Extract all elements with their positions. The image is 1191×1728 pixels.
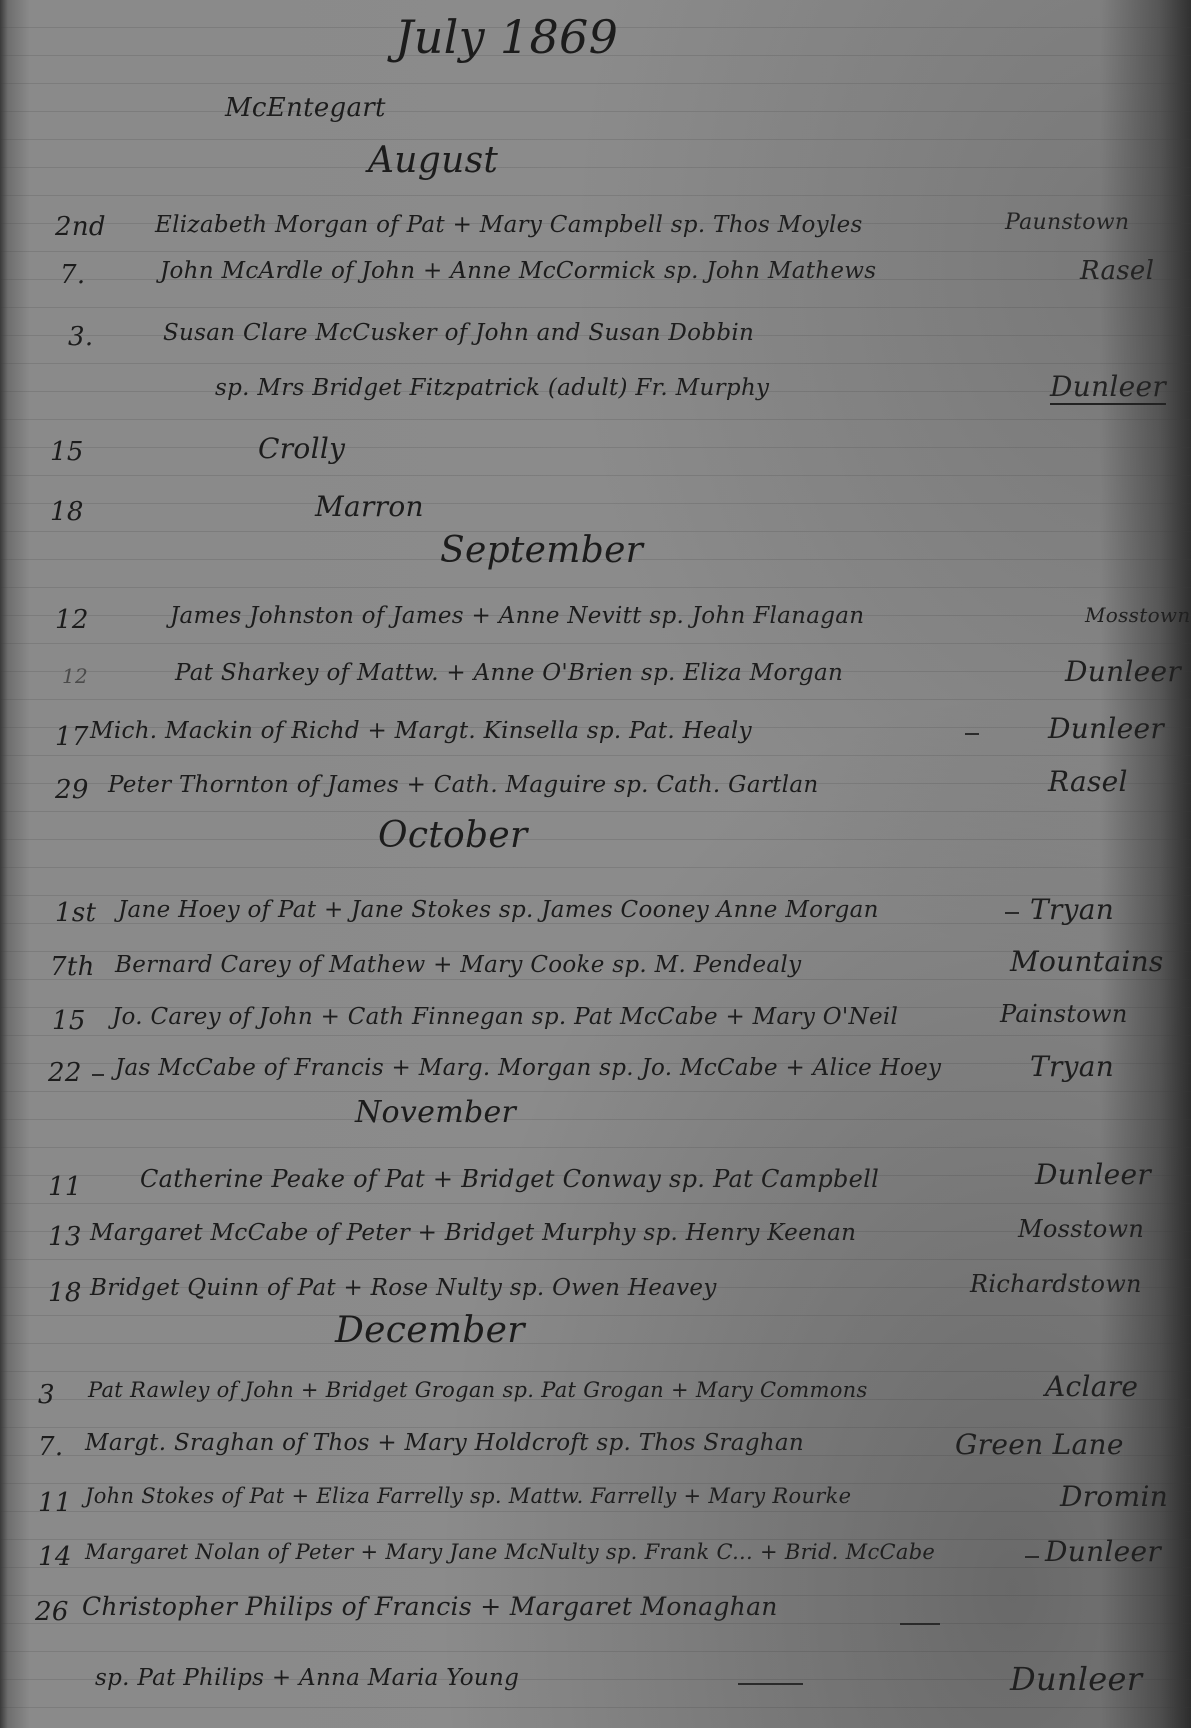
entry-text: Christopher Philips of Francis + Margare… bbox=[82, 1592, 778, 1621]
entry-text: Bernard Carey of Mathew + Mary Cooke sp.… bbox=[115, 952, 801, 978]
entry-place: Tryan bbox=[1030, 1050, 1114, 1083]
entry-day: 18 bbox=[48, 1278, 82, 1308]
entry-text: Marron bbox=[315, 490, 424, 523]
entry-text: Margaret McCabe of Peter + Bridget Murph… bbox=[90, 1220, 856, 1246]
entry-place: Paunstown bbox=[1005, 210, 1129, 235]
entry-day: 3 bbox=[38, 1380, 55, 1410]
entry-place: Green Lane bbox=[955, 1428, 1124, 1461]
page-title: July 1869 bbox=[395, 10, 618, 64]
entry-day: 12 bbox=[55, 605, 89, 635]
entry-text: Jane Hoey of Pat + Jane Stokes sp. James… bbox=[118, 897, 879, 923]
entry-day: 29 bbox=[55, 775, 89, 805]
register-page: July 1869 McEntegart August 2nd Elizabet… bbox=[0, 0, 1191, 1728]
entry-place: Tryan bbox=[1030, 893, 1114, 926]
entry-place: Aclare bbox=[1045, 1370, 1138, 1403]
entry-place: Dunleer bbox=[1035, 1158, 1151, 1191]
entry-day: 22 bbox=[48, 1058, 82, 1088]
entry-place: Dunleer bbox=[1050, 370, 1166, 405]
month-heading-october: October bbox=[378, 815, 527, 856]
entry-day: 7th bbox=[50, 952, 95, 982]
entry-day: 18 bbox=[50, 497, 84, 527]
entry-place: Dunleer bbox=[1048, 712, 1164, 745]
entry-day: 2nd bbox=[55, 212, 106, 242]
month-heading-november: November bbox=[355, 1095, 516, 1130]
sub-heading: McEntegart bbox=[225, 93, 386, 123]
dash-separator bbox=[1025, 1556, 1039, 1558]
entry-place: Richardstown bbox=[970, 1270, 1142, 1298]
entry-day: 14 bbox=[38, 1542, 72, 1572]
entry-day: 12 bbox=[62, 664, 88, 688]
entry-day: 17 bbox=[55, 722, 89, 752]
entry-text: Margt. Sraghan of Thos + Mary Holdcroft … bbox=[85, 1430, 804, 1456]
entry-text: John Stokes of Pat + Eliza Farrelly sp. … bbox=[85, 1484, 851, 1508]
entry-day: 1st bbox=[55, 898, 96, 928]
entry-place: Painstown bbox=[1000, 1000, 1128, 1028]
entry-text: Peter Thornton of James + Cath. Maguire … bbox=[108, 772, 818, 798]
entry-text: John McArdle of John + Anne McCormick sp… bbox=[160, 258, 876, 284]
month-heading-september: September bbox=[440, 530, 643, 571]
month-heading-december: December bbox=[335, 1310, 525, 1351]
entry-day: 7. bbox=[38, 1432, 63, 1462]
dash-separator bbox=[965, 733, 979, 735]
entry-day: 11 bbox=[38, 1488, 72, 1518]
entry-place: Dunleer bbox=[1065, 655, 1181, 688]
entry-place: Mountains bbox=[1010, 945, 1164, 978]
entry-day: 11 bbox=[48, 1172, 82, 1202]
entry-place: Dunleer bbox=[1010, 1660, 1142, 1698]
entry-day: 3. bbox=[68, 322, 93, 352]
entry-text: James Johnston of James + Anne Nevitt sp… bbox=[170, 603, 864, 629]
dash-separator bbox=[900, 1623, 940, 1625]
entry-day: 7. bbox=[60, 260, 85, 290]
entry-text: Crolly bbox=[258, 432, 345, 465]
entry-text: Pat Rawley of John + Bridget Grogan sp. … bbox=[88, 1378, 868, 1402]
entry-text: sp. Pat Philips + Anna Maria Young bbox=[95, 1665, 519, 1691]
entry-text: Elizabeth Morgan of Pat + Mary Campbell … bbox=[155, 212, 863, 238]
entry-place: Dunleer bbox=[1045, 1535, 1161, 1568]
entry-text: Jas McCabe of Francis + Marg. Morgan sp.… bbox=[115, 1055, 941, 1081]
entry-place: Mosstown bbox=[1085, 603, 1191, 627]
month-heading-august: August bbox=[368, 140, 498, 181]
entry-text: Margaret Nolan of Peter + Mary Jane McNu… bbox=[85, 1540, 935, 1564]
dash-separator bbox=[738, 1683, 803, 1685]
dash-separator bbox=[1005, 912, 1019, 914]
entry-place: Rasel bbox=[1080, 256, 1154, 286]
entry-place: Rasel bbox=[1048, 765, 1128, 798]
entry-day: 13 bbox=[48, 1222, 82, 1252]
entry-day: 15 bbox=[52, 1006, 86, 1036]
entry-text: Bridget Quinn of Pat + Rose Nulty sp. Ow… bbox=[90, 1275, 717, 1301]
entry-text: Catherine Peake of Pat + Bridget Conway … bbox=[140, 1165, 879, 1193]
entry-place: Mosstown bbox=[1018, 1215, 1144, 1243]
entry-text: Jo. Carey of John + Cath Finnegan sp. Pa… bbox=[112, 1004, 898, 1030]
entry-text: Mich. Mackin of Richd + Margt. Kinsella … bbox=[90, 718, 752, 744]
dash-separator bbox=[92, 1074, 104, 1076]
entry-day: 26 bbox=[35, 1597, 69, 1627]
entry-text: Susan Clare McCusker of John and Susan D… bbox=[163, 320, 754, 346]
entry-text: sp. Mrs Bridget Fitzpatrick (adult) Fr. … bbox=[215, 375, 769, 401]
entry-day: 15 bbox=[50, 437, 84, 467]
entry-place: Dromin bbox=[1060, 1480, 1168, 1513]
entry-text: Pat Sharkey of Mattw. + Anne O'Brien sp.… bbox=[175, 660, 843, 686]
